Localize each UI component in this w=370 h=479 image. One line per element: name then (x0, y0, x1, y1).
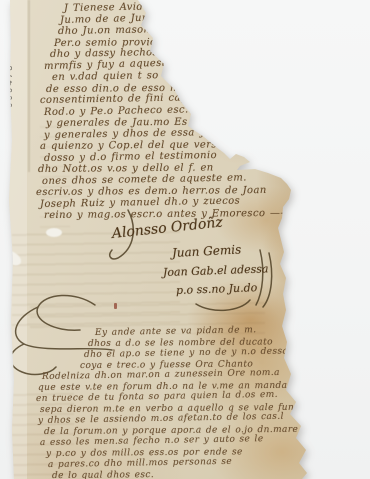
fold-crease (28, 0, 30, 172)
manuscript-line: dho y dassy hechos Rev. (50, 47, 186, 60)
manuscript-line: dho Ju.on masomet (58, 24, 164, 37)
paper-fleck (46, 228, 62, 237)
scan-background: J Tienese Avido Ju.mo de ae Jur.o dho Ju… (0, 0, 370, 479)
manuscript-line: a pares.co dho mill.mos personas se (48, 457, 232, 470)
manuscript-line: Rodelniza dh.on mar.on a zunessein Ore n… (42, 368, 280, 382)
signature-secondary-line1: Juan Gemis (172, 242, 242, 260)
manuscript-line: de lo qual dhos esc. (52, 470, 154, 479)
signature-rubric-strokes (256, 250, 263, 305)
red-ink-spot (114, 303, 117, 309)
manuscript-line: dho el ap.o se tiene y no de y n.o dessa (84, 346, 288, 360)
archival-stamp-number: 000478 (5, 44, 15, 108)
manuscript-line: Ju.mo de ae Jur.o (60, 12, 156, 26)
manuscript-line: y generales de Jau.mo Es p.o alli (46, 116, 231, 129)
manuscript-line: en v.dad quien t so cu (52, 70, 176, 83)
manuscript-line: Ey ande ante se va pidan de m. (95, 325, 257, 338)
paper-sheet: J Tienese Avido Ju.mo de ae Jur.o dho Ju… (0, 0, 370, 479)
signature-rubric-strokes (263, 253, 272, 307)
signature-secondary-line3: p.o ss.no Ju.do (176, 281, 258, 297)
manuscript-page: J Tienese Avido Ju.mo de ae Jur.o dho Ju… (0, 0, 370, 479)
signature-secondary-line2: Joan Gab.el adessa (163, 262, 269, 279)
